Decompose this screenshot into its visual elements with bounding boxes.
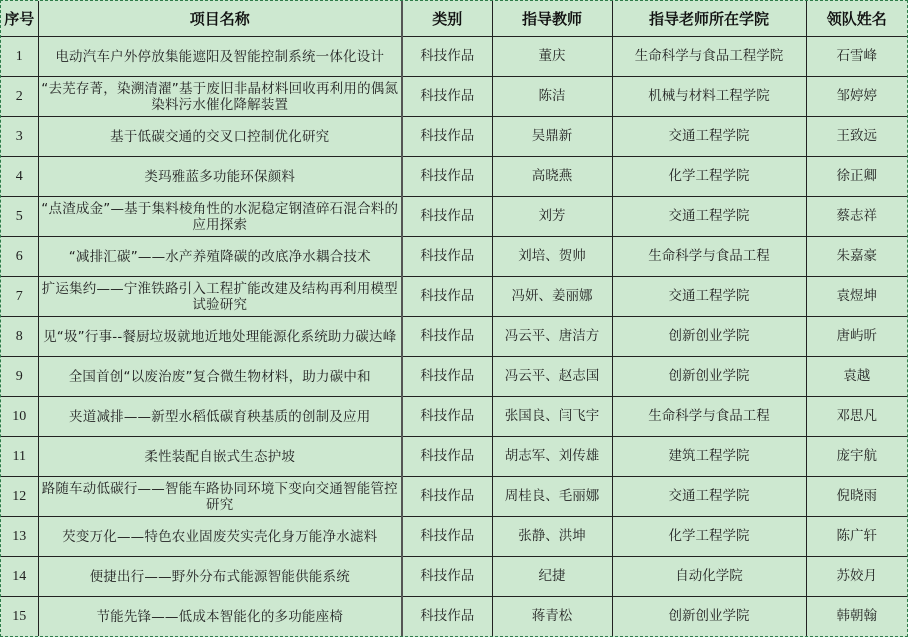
cell-project-name[interactable]: 便捷出行——野外分布式能源智能供能系统 bbox=[38, 557, 402, 597]
cell-college[interactable]: 生命科学与食品工程 bbox=[612, 237, 806, 277]
cell-no[interactable]: 3 bbox=[1, 117, 38, 157]
cell-project-name[interactable]: 节能先锋——低成本智能化的多功能座椅 bbox=[38, 597, 402, 637]
cell-no[interactable]: 5 bbox=[1, 197, 38, 237]
table-row: 11 柔性装配自嵌式生态护坡 科技作品 胡志军、刘传雄 建筑工程学院 庞宇航 bbox=[1, 437, 907, 477]
cell-no[interactable]: 4 bbox=[1, 157, 38, 197]
cell-college[interactable]: 交通工程学院 bbox=[612, 117, 806, 157]
cell-leader[interactable]: 袁越 bbox=[806, 357, 907, 397]
header-no[interactable]: 序号 bbox=[1, 1, 38, 37]
header-project-name[interactable]: 项目名称 bbox=[38, 1, 402, 37]
cell-college[interactable]: 创新创业学院 bbox=[612, 357, 806, 397]
cell-project-name[interactable]: 路随车动低碳行——智能车路协同环境下变向交通智能管控研究 bbox=[38, 477, 402, 517]
cell-no[interactable]: 8 bbox=[1, 317, 38, 357]
cell-leader[interactable]: 邓思凡 bbox=[806, 397, 907, 437]
cell-no[interactable]: 15 bbox=[1, 597, 38, 637]
cell-college[interactable]: 创新创业学院 bbox=[612, 597, 806, 637]
cell-advisor[interactable]: 刘芳 bbox=[492, 197, 612, 237]
cell-no[interactable]: 1 bbox=[1, 37, 38, 77]
cell-advisor[interactable]: 董庆 bbox=[492, 37, 612, 77]
cell-leader[interactable]: 石雪峰 bbox=[806, 37, 907, 77]
cell-category[interactable]: 科技作品 bbox=[402, 37, 492, 77]
cell-advisor[interactable]: 张国良、闫飞宇 bbox=[492, 397, 612, 437]
cell-category[interactable]: 科技作品 bbox=[402, 477, 492, 517]
cell-no[interactable]: 12 bbox=[1, 477, 38, 517]
header-advisor[interactable]: 指导教师 bbox=[492, 1, 612, 37]
cell-college[interactable]: 化学工程学院 bbox=[612, 157, 806, 197]
cell-category[interactable]: 科技作品 bbox=[402, 437, 492, 477]
cell-project-name[interactable]: “减排汇碳”——水产养殖降碳的改底净水耦合技术 bbox=[38, 237, 402, 277]
cell-category[interactable]: 科技作品 bbox=[402, 397, 492, 437]
table-row: 13 芡变万化——特色农业固废芡实壳化身万能净水滤料 科技作品 张静、洪坤 化学… bbox=[1, 517, 907, 557]
cell-leader[interactable]: 徐正卿 bbox=[806, 157, 907, 197]
cell-project-name[interactable]: 芡变万化——特色农业固废芡实壳化身万能净水滤料 bbox=[38, 517, 402, 557]
cell-leader[interactable]: 朱嘉豪 bbox=[806, 237, 907, 277]
cell-project-name[interactable]: 基于低碳交通的交叉口控制优化研究 bbox=[38, 117, 402, 157]
cell-college[interactable]: 生命科学与食品工程 bbox=[612, 397, 806, 437]
cell-category[interactable]: 科技作品 bbox=[402, 117, 492, 157]
project-table: 序号 项目名称 类别 指导教师 指导老师所在学院 领队姓名 1 电动汽车户外停放… bbox=[1, 1, 907, 636]
cell-advisor[interactable]: 张静、洪坤 bbox=[492, 517, 612, 557]
cell-advisor[interactable]: 冯云平、唐洁方 bbox=[492, 317, 612, 357]
cell-leader[interactable]: 倪晓雨 bbox=[806, 477, 907, 517]
cell-advisor[interactable]: 刘培、贺帅 bbox=[492, 237, 612, 277]
cell-category[interactable]: 科技作品 bbox=[402, 597, 492, 637]
cell-advisor[interactable]: 高晓燕 bbox=[492, 157, 612, 197]
table-row: 4 类玛雅蓝多功能环保颜料 科技作品 高晓燕 化学工程学院 徐正卿 bbox=[1, 157, 907, 197]
table-row: 6 “减排汇碳”——水产养殖降碳的改底净水耦合技术 科技作品 刘培、贺帅 生命科… bbox=[1, 237, 907, 277]
cell-category[interactable]: 科技作品 bbox=[402, 277, 492, 317]
cell-category[interactable]: 科技作品 bbox=[402, 77, 492, 117]
cell-advisor[interactable]: 胡志军、刘传雄 bbox=[492, 437, 612, 477]
cell-project-name[interactable]: 见“圾”行事--餐厨垃圾就地近地处理能源化系统助力碳达峰 bbox=[38, 317, 402, 357]
cell-leader[interactable]: 陈广轩 bbox=[806, 517, 907, 557]
cell-project-name[interactable]: 全国首创“以废治废”复合微生物材料，助力碳中和 bbox=[38, 357, 402, 397]
cell-leader[interactable]: 蔡志祥 bbox=[806, 197, 907, 237]
table-row: 8 见“圾”行事--餐厨垃圾就地近地处理能源化系统助力碳达峰 科技作品 冯云平、… bbox=[1, 317, 907, 357]
table-row: 9 全国首创“以废治废”复合微生物材料，助力碳中和 科技作品 冯云平、赵志国 创… bbox=[1, 357, 907, 397]
cell-no[interactable]: 11 bbox=[1, 437, 38, 477]
cell-advisor[interactable]: 纪捷 bbox=[492, 557, 612, 597]
cell-project-name[interactable]: “点渣成金”—基于集料棱角性的水泥稳定钢渣碎石混合料的应用探索 bbox=[38, 197, 402, 237]
table-row: 5 “点渣成金”—基于集料棱角性的水泥稳定钢渣碎石混合料的应用探索 科技作品 刘… bbox=[1, 197, 907, 237]
cell-project-name[interactable]: 电动汽车户外停放集能遮阳及智能控制系统一体化设计 bbox=[38, 37, 402, 77]
cell-no[interactable]: 14 bbox=[1, 557, 38, 597]
cell-project-name[interactable]: 扩运集约——宁淮铁路引入工程扩能改建及结构再利用模型试验研究 bbox=[38, 277, 402, 317]
cell-college[interactable]: 化学工程学院 bbox=[612, 517, 806, 557]
table-row: 14 便捷出行——野外分布式能源智能供能系统 科技作品 纪捷 自动化学院 苏姣月 bbox=[1, 557, 907, 597]
cell-leader[interactable]: 唐屿昕 bbox=[806, 317, 907, 357]
table-row: 10 夹道减排——新型水稻低碳育秧基质的创制及应用 科技作品 张国良、闫飞宇 生… bbox=[1, 397, 907, 437]
cell-leader[interactable]: 韩朝翰 bbox=[806, 597, 907, 637]
cell-advisor[interactable]: 周桂良、毛丽娜 bbox=[492, 477, 612, 517]
cell-college[interactable]: 创新创业学院 bbox=[612, 317, 806, 357]
cell-college[interactable]: 生命科学与食品工程学院 bbox=[612, 37, 806, 77]
cell-category[interactable]: 科技作品 bbox=[402, 557, 492, 597]
cell-category[interactable]: 科技作品 bbox=[402, 517, 492, 557]
table-row: 7 扩运集约——宁淮铁路引入工程扩能改建及结构再利用模型试验研究 科技作品 冯妍… bbox=[1, 277, 907, 317]
table-row: 12 路随车动低碳行——智能车路协同环境下变向交通智能管控研究 科技作品 周桂良… bbox=[1, 477, 907, 517]
cell-no[interactable]: 2 bbox=[1, 77, 38, 117]
cell-category[interactable]: 科技作品 bbox=[402, 357, 492, 397]
cell-leader[interactable]: 袁煜坤 bbox=[806, 277, 907, 317]
cell-college[interactable]: 机械与材料工程学院 bbox=[612, 77, 806, 117]
table-row: 1 电动汽车户外停放集能遮阳及智能控制系统一体化设计 科技作品 董庆 生命科学与… bbox=[1, 37, 907, 77]
cell-no[interactable]: 9 bbox=[1, 357, 38, 397]
cell-category[interactable]: 科技作品 bbox=[402, 237, 492, 277]
cell-project-name[interactable]: “去芜存菁，染溯清濯”基于废旧非晶材料回收再利用的偶氮染料污水催化降解装置 bbox=[38, 77, 402, 117]
cell-category[interactable]: 科技作品 bbox=[402, 317, 492, 357]
cell-project-name[interactable]: 夹道减排——新型水稻低碳育秧基质的创制及应用 bbox=[38, 397, 402, 437]
cell-no[interactable]: 7 bbox=[1, 277, 38, 317]
cell-leader[interactable]: 邹婷婷 bbox=[806, 77, 907, 117]
cell-leader[interactable]: 庞宇航 bbox=[806, 437, 907, 477]
cell-college[interactable]: 交通工程学院 bbox=[612, 477, 806, 517]
table-row: 15 节能先锋——低成本智能化的多功能座椅 科技作品 蒋青松 创新创业学院 韩朝… bbox=[1, 597, 907, 637]
cell-project-name[interactable]: 柔性装配自嵌式生态护坡 bbox=[38, 437, 402, 477]
header-row: 序号 项目名称 类别 指导教师 指导老师所在学院 领队姓名 bbox=[1, 1, 907, 37]
cell-category[interactable]: 科技作品 bbox=[402, 197, 492, 237]
cell-no[interactable]: 13 bbox=[1, 517, 38, 557]
header-leader[interactable]: 领队姓名 bbox=[806, 1, 907, 37]
cell-advisor[interactable]: 陈洁 bbox=[492, 77, 612, 117]
table-row: 2 “去芜存菁，染溯清濯”基于废旧非晶材料回收再利用的偶氮染料污水催化降解装置 … bbox=[1, 77, 907, 117]
cell-college[interactable]: 建筑工程学院 bbox=[612, 437, 806, 477]
cell-advisor[interactable]: 蒋青松 bbox=[492, 597, 612, 637]
cell-leader[interactable]: 苏姣月 bbox=[806, 557, 907, 597]
cell-leader[interactable]: 王致远 bbox=[806, 117, 907, 157]
cell-advisor[interactable]: 冯妍、姜丽娜 bbox=[492, 277, 612, 317]
cell-college[interactable]: 自动化学院 bbox=[612, 557, 806, 597]
cell-advisor[interactable]: 冯云平、赵志国 bbox=[492, 357, 612, 397]
cell-category[interactable]: 科技作品 bbox=[402, 157, 492, 197]
cell-advisor[interactable]: 吴鼎新 bbox=[492, 117, 612, 157]
cell-no[interactable]: 6 bbox=[1, 237, 38, 277]
cell-college[interactable]: 交通工程学院 bbox=[612, 277, 806, 317]
cell-no[interactable]: 10 bbox=[1, 397, 38, 437]
header-college[interactable]: 指导老师所在学院 bbox=[612, 1, 806, 37]
cell-project-name[interactable]: 类玛雅蓝多功能环保颜料 bbox=[38, 157, 402, 197]
cell-college[interactable]: 交通工程学院 bbox=[612, 197, 806, 237]
header-category[interactable]: 类别 bbox=[402, 1, 492, 37]
table-row: 3 基于低碳交通的交叉口控制优化研究 科技作品 吴鼎新 交通工程学院 王致远 bbox=[1, 117, 907, 157]
